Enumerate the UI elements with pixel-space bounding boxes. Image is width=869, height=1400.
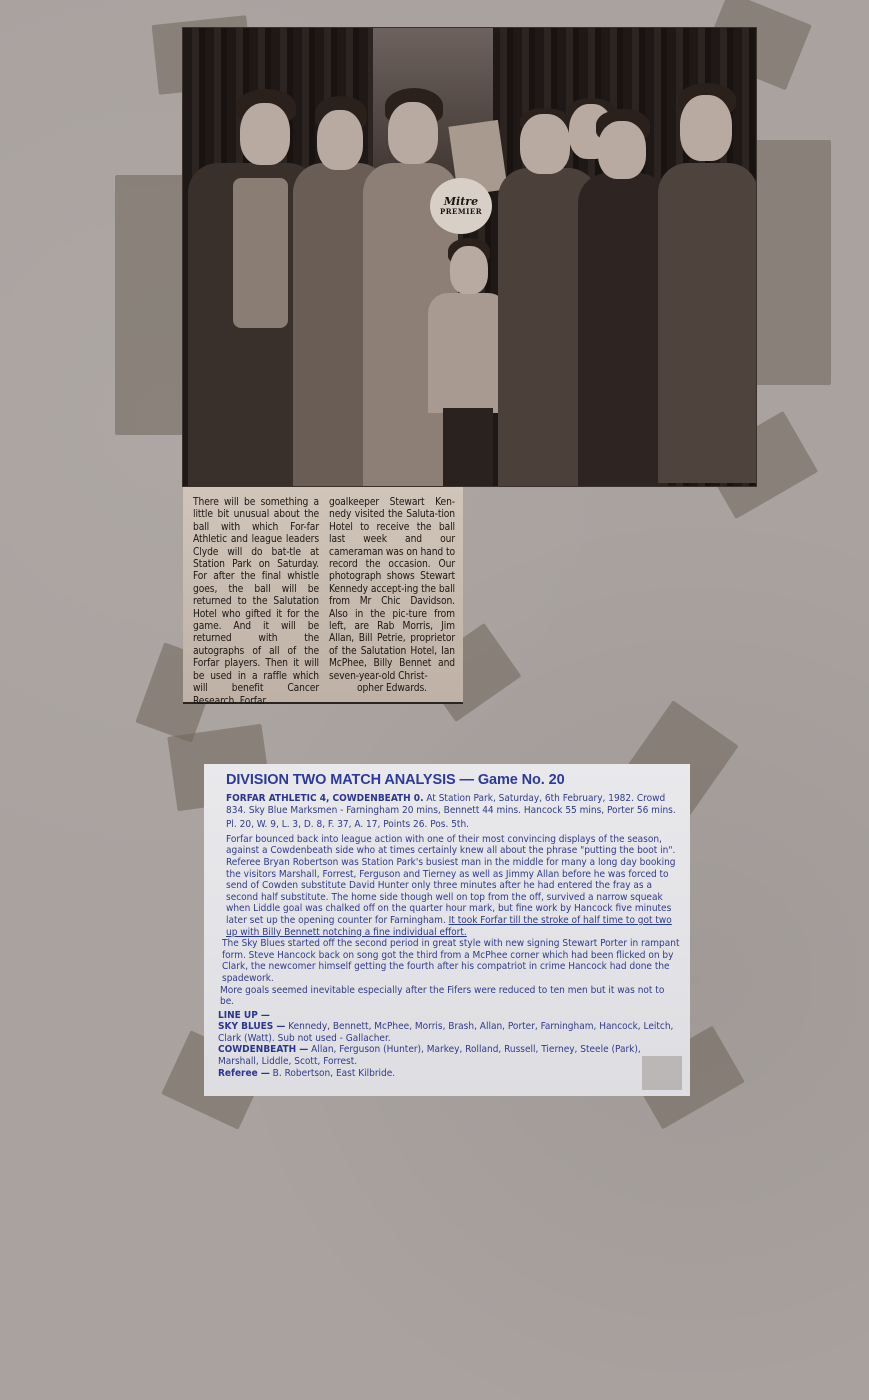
lineup-sky-blues: SKY BLUES — Kennedy, Bennett, McPhee, Mo… — [218, 1021, 680, 1044]
scrapbook-page: Mitre PREMIER There will be something a … — [0, 0, 869, 1400]
match-report-para-1: Forfar bounced back into league action w… — [226, 834, 680, 938]
football: Mitre PREMIER — [430, 178, 492, 234]
caption-left-column: There will be something a little bit unu… — [193, 497, 319, 694]
newspaper-photo: Mitre PREMIER — [183, 28, 756, 486]
match-analysis-card: DIVISION TWO MATCH ANALYSIS — Game No. 2… — [204, 764, 690, 1096]
newspaper-caption: There will be something a little bit unu… — [183, 487, 463, 704]
tape-left-mid — [115, 175, 185, 435]
tape-right-mid — [756, 140, 831, 385]
season-stats: Pl. 20, W. 9, L. 3, D. 8, F. 37, A. 17, … — [226, 819, 680, 831]
faded-stamp — [642, 1056, 682, 1090]
card-title: DIVISION TWO MATCH ANALYSIS — Game No. 2… — [226, 772, 680, 788]
match-report-para-2: The Sky Blues started off the second per… — [222, 938, 680, 984]
game-number: Game No. 20 — [478, 772, 565, 788]
lineup-heading: LINE UP — — [218, 1010, 680, 1022]
caption-right-text: goalkeeper Stewart Ken-nedy visited the … — [329, 497, 455, 682]
referee-line: Referee — B. Robertson, East Kilbride. — [218, 1068, 680, 1080]
match-report-para-3: More goals seemed inevitable especially … — [220, 985, 680, 1008]
caption-right-column: goalkeeper Stewart Ken-nedy visited the … — [329, 497, 455, 694]
lineup-cowdenbeath: COWDENBEATH — Allan, Ferguson (Hunter), … — [218, 1044, 680, 1067]
match-result: FORFAR ATHLETIC 4, COWDENBEATH 0. At Sta… — [226, 793, 680, 816]
score-line: FORFAR ATHLETIC 4, COWDENBEATH 0. — [226, 793, 424, 804]
caption-right-last-line: opher Edwards. — [329, 683, 455, 695]
